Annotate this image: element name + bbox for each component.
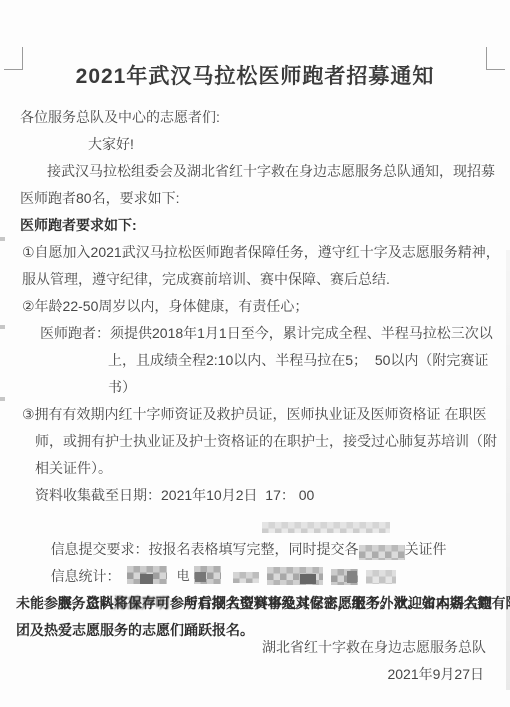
line-requirements-heading: 医师跑者要求如下: bbox=[0, 212, 510, 239]
page-corner-mark-right bbox=[486, 47, 505, 70]
line-greeting: 各位服务总队及中心的志愿者们: bbox=[0, 104, 510, 131]
line-runner-criteria-1: 医师跑者：须提供2018年1月1日至今，累计完成全程、半程马拉松三次以 bbox=[0, 320, 510, 347]
signature-block: 湖北省红十字救在身边志愿服务总队 2021年9月27日 bbox=[0, 634, 510, 688]
line-intro-2: 医师跑者80名，要求如下: bbox=[0, 185, 510, 212]
line-submit-requirements: 信息提交要求：按报名表格填写完整，同时提交各关证件 bbox=[0, 509, 510, 536]
line-requirement-2: ②年龄22-50周岁以内，身体健康，有责任心； bbox=[0, 293, 510, 320]
line-requirement-3a: ③拥有有效期内红十字师资证及救护员证，医师执业证及医师资格证 在职医 bbox=[0, 401, 510, 428]
redaction-mosaic bbox=[262, 522, 390, 533]
line-runner-criteria-2: 上，且成绩全程2:10以内、半程马拉在5； 50以内（附完赛证 bbox=[0, 347, 510, 374]
line-requirement-3b: 师，或拥有护士执业证及护士资格证的在职护士，接受过心肺复苏培训（附 bbox=[0, 428, 510, 455]
line-requirement-1a: ①自愿加入2021武汉马拉松医师跑者保障任务，遵守红十字及志愿服务精神， bbox=[0, 239, 510, 266]
signature-org: 湖北省红十字救在身边志愿服务总队 bbox=[0, 634, 510, 661]
line-info-stats: 信息统计：电 bbox=[0, 536, 510, 563]
notice-document-page: 2021年武汉马拉松医师跑者招募通知 各位服务总队及中心的志愿者们: 大家好! … bbox=[0, 0, 510, 707]
line-deadline: 资料收集截至日期：2021年10月2日 17： 00 bbox=[0, 482, 510, 509]
page-corner-mark-left bbox=[4, 47, 23, 70]
document-title: 2021年武汉马拉松医师跑者招募通知 bbox=[0, 62, 510, 92]
line-runner-criteria-3: 书） bbox=[0, 374, 510, 401]
line-requirement-3c: 相关证件）。 bbox=[0, 455, 510, 482]
line-requirement-1b: 服从管理，遵守纪律，完成赛前培训、赛中保障、赛后总结. bbox=[0, 266, 510, 293]
statement-line-1: 服务总队郑重声明：所有报名资料将绝对保密，绝不外泄。如本期名额有限 bbox=[0, 563, 510, 590]
line-hello: 大家好! bbox=[0, 131, 510, 158]
line-intro-1: 接武汉马拉松组委会及湖北省红十字救在身边志愿服务总队通知，现招募 bbox=[0, 158, 510, 185]
statement-line-2: 未能参赛，资料将保存可参与后期大型赛事及其它志愿服务。欢迎省内各大跑 bbox=[0, 590, 510, 617]
signature-date: 2021年9月27日 bbox=[0, 661, 510, 688]
